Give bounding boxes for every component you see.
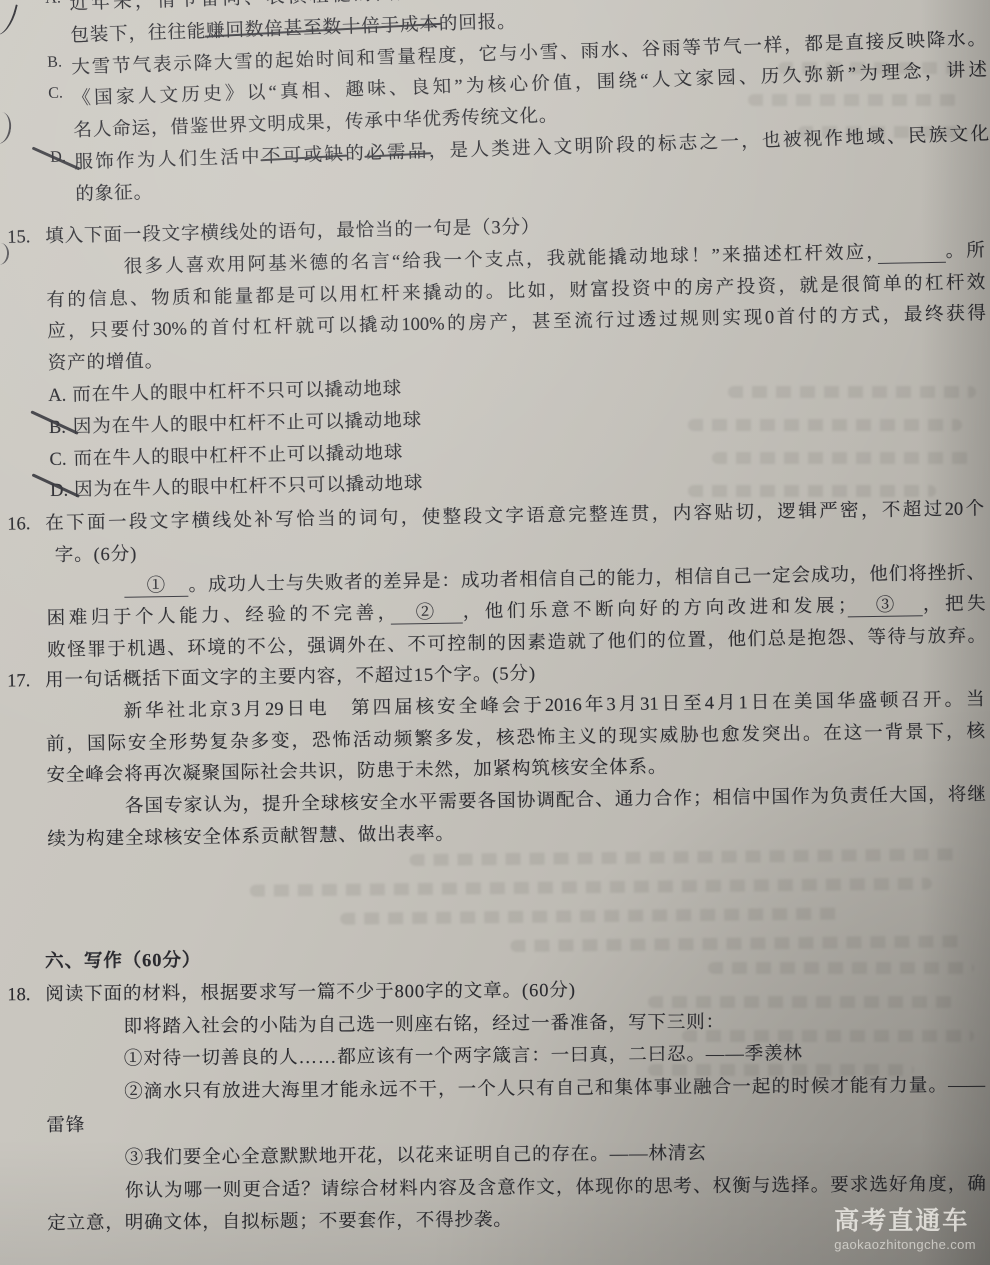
text-segment: 的 [345,144,366,165]
watermark: 高考直通车 gaokaozhitongche.com [834,1206,976,1253]
pen-mark-left-bracket [0,111,13,145]
q15-option-letter-b-slashed: B. [49,412,67,444]
question-18-number: 18. [7,979,30,1012]
question-15-stem: 填入下面一段文字横线处的语句，最恰当的一句是（3分） [45,217,540,247]
watermark-domain: gaokaozhitongche.com [834,1236,976,1253]
q15-option-letter-a: A. [48,381,67,413]
pen-mark-top-left [0,0,18,38]
fill-in-blank: ② [390,603,463,625]
writing-section: 六、写作（60分） 18. 阅读下面的材料，根据要求写一篇不少于800字的文章。… [45,939,986,1242]
q15-option-text-c: 而在牛人的眼中杠杆不止可以撬动地球 [73,443,403,469]
pen-strikethrough: 必需品 [366,142,429,164]
pen-strikethrough: 不可或缺 [262,145,346,168]
watermark-logo-text: 高考直通车 [834,1206,976,1236]
fill-in-blank [878,242,946,264]
question-17-stem: 用一句话概括下面文字的主要内容，不超过15个字。(5分) [45,664,536,691]
question-16-number: 16. [7,509,31,541]
text-segment: 。成功人士与失败者的差异是：成功者相信自己的能力，相信自己一定会成功，他们将挫折… [188,563,985,596]
text-segment: 。所 [945,241,985,262]
q15-option-text-b: 因为在牛人的眼中杠杆不止可以撬动地球 [73,411,423,438]
text-segment: 的回报。 [439,12,517,34]
question-17: 17. 用一句话概括下面文字的主要内容，不超过15个字。(5分) 新华社北京3月… [45,653,987,857]
option-letter-c: C. [48,85,63,103]
text-segment: ，把失 [923,595,986,616]
text-segment: 包装下，往往能 [70,22,206,46]
q15-option-text-a: 而在牛人的眼中杠杆不只可以撬动地球 [72,379,402,405]
fill-in-blank: ① [124,575,189,597]
text-segment: ，他们乐意不断向好的方向改进和发展； [463,597,848,623]
carryover-options-block: A. 近年来，情节雷同、表演粗糙的国产青春片，仿佛成了中小成本烂片的代名词，但在… [45,0,990,212]
text-segment: 服饰作为人们生活中 [74,147,262,173]
q15-option-letter-c: C. [49,444,67,476]
fill-in-blank: ③ [847,596,923,618]
option-letter-d-slashed: D. [50,148,66,166]
text-segment: 困难归于个人能力、经验的不完善， [47,604,391,629]
question-17-number: 17. [7,666,31,698]
text-segment: 资产的增值。 [48,352,165,374]
question-16: 16. 在下面一段文字横线处补写恰当的词句，使整段文字语意完整连贯，内容贴切，逻… [45,494,986,668]
q15-option-letter-d-slashed: D. [50,476,69,508]
option-letter-a: A. [45,0,61,8]
q15-option-text-d: 因为在牛人的眼中杠杆不只可以撬动地球 [74,474,424,501]
text-segment: 的象征。 [75,182,153,204]
option-letter-b: B. [47,53,62,71]
scanned-exam-photo: A. 近年来，情节雷同、表演粗糙的国产青春片，仿佛成了中小成本烂片的代名词，但在… [0,0,990,1265]
pen-strikethrough: 赚回数倍甚至数十倍于成本 [206,14,439,41]
question-15-number: 15. [7,222,31,254]
question-18-stem: 阅读下面的材料，根据要求写一篇不少于800字的文章。(60分) [45,981,576,1005]
question-15: 15. 填入下面一段文字横线处的语句，最恰当的一句是（3分） 很多人喜欢用阿基米… [45,204,989,508]
